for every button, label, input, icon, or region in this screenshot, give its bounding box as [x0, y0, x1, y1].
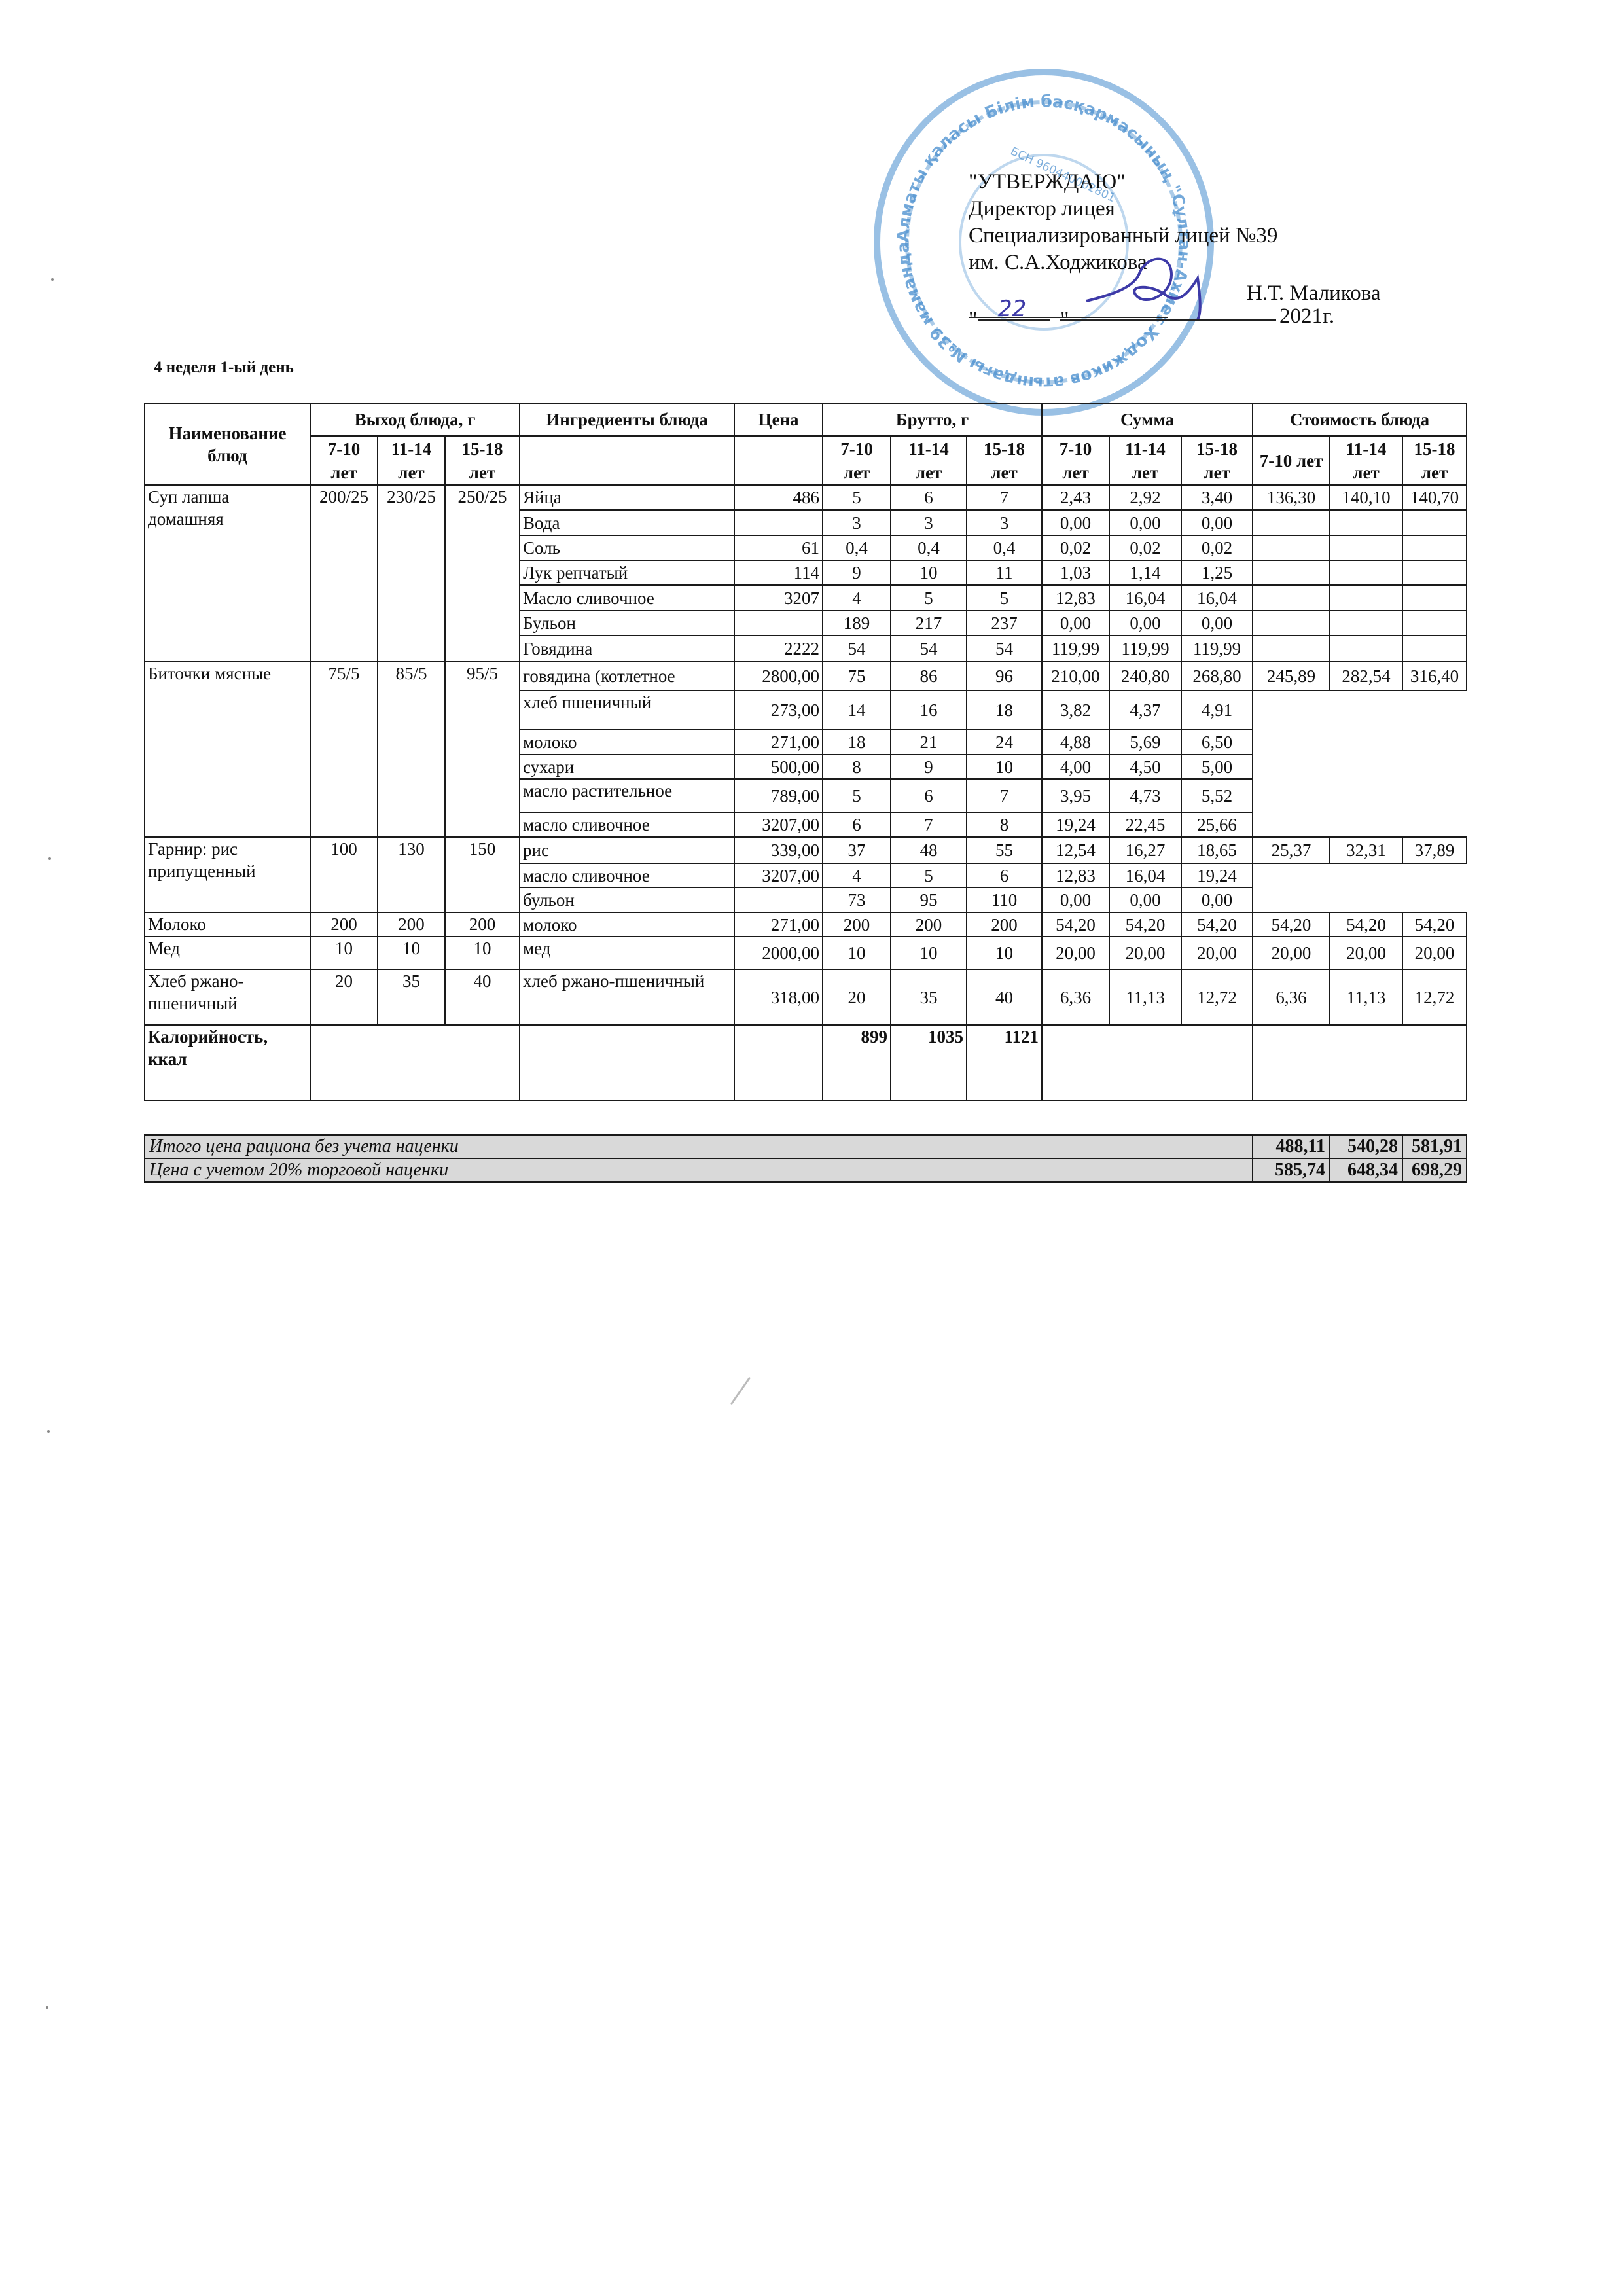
cost-cell: 54,20	[1253, 912, 1330, 937]
yield-cell: 75/5	[310, 662, 378, 837]
price-cell: 2800,00	[734, 662, 823, 691]
yield-cell: 100	[310, 837, 378, 912]
sum-cell: 16,04	[1181, 585, 1253, 611]
brutto-cell: 0,4	[891, 535, 967, 560]
sum-cell: 20,00	[1042, 937, 1109, 969]
director-name: Н.Т. Маликова	[1247, 281, 1381, 306]
cost-blank-area	[1253, 691, 1467, 837]
price-cell: 789,00	[734, 779, 823, 812]
brutto-cell: 5	[967, 585, 1042, 611]
sum-cell: 12,83	[1042, 585, 1109, 611]
yield-cell: 200	[378, 912, 445, 937]
cost-cell-empty	[1402, 585, 1467, 611]
menu-table: Наименование блюд Выход блюда, г Ингреди…	[144, 403, 1467, 1101]
cost-cell-empty	[1253, 560, 1330, 585]
cost-cell: 12,72	[1402, 969, 1467, 1025]
brutto-cell: 21	[891, 730, 967, 755]
table-row: Суп лапша домашняя200/25230/25250/25Яйца…	[145, 485, 1467, 510]
brutto-cell: 10	[967, 755, 1042, 779]
brutto-cell: 0,4	[967, 535, 1042, 560]
cost-cell-empty	[1402, 535, 1467, 560]
cost-cell-empty	[1330, 560, 1402, 585]
sum-cell: 5,52	[1181, 779, 1253, 812]
sum-cell: 16,04	[1109, 585, 1181, 611]
brutto-cell: 73	[823, 888, 891, 912]
signature-icon	[1073, 249, 1211, 321]
yield-age-header: 7-10 лет	[310, 436, 378, 485]
calories-value: 899	[823, 1025, 891, 1100]
calories-row: Калорийность, ккал89910351121	[145, 1025, 1467, 1100]
calories-label: Калорийность, ккал	[145, 1025, 310, 1100]
brutto-cell: 200	[823, 912, 891, 937]
cost-cell-empty	[1253, 585, 1330, 611]
cost-cell: 245,89	[1253, 662, 1330, 691]
price-cell	[734, 888, 823, 912]
brutto-cell: 9	[891, 755, 967, 779]
price-cell: 3207,00	[734, 812, 823, 837]
yield-cell: 200/25	[310, 485, 378, 662]
brutto-cell: 200	[967, 912, 1042, 937]
table-row: Молоко200200200молоко271,0020020020054,2…	[145, 912, 1467, 937]
sum-cell: 19,24	[1042, 812, 1109, 837]
sum-cell: 2,43	[1042, 485, 1109, 510]
ingredient-cell: Яйца	[520, 485, 734, 510]
cost-cell-empty	[1330, 535, 1402, 560]
scan-speck	[46, 2006, 48, 2009]
sum-cell: 6,36	[1042, 969, 1109, 1025]
cost-cell: 54,20	[1402, 912, 1467, 937]
totals-table: Итого цена рациона без учета наценки488,…	[144, 1134, 1467, 1183]
brutto-cell: 6	[891, 485, 967, 510]
sum-cell: 20,00	[1109, 937, 1181, 969]
yield-age-header: 11-14 лет	[378, 436, 445, 485]
brutto-cell: 16	[891, 691, 967, 730]
brutto-cell: 10	[891, 937, 967, 969]
table-row: Хлеб ржано-пшеничный203540хлеб ржано-пше…	[145, 969, 1467, 1025]
sum-cell: 25,66	[1181, 812, 1253, 837]
ingredient-cell: Лук репчатый	[520, 560, 734, 585]
ingredient-cell: рис	[520, 837, 734, 863]
brutto-cell: 75	[823, 662, 891, 691]
sum-cell: 6,50	[1181, 730, 1253, 755]
header-price: Цена	[734, 403, 823, 436]
brutto-cell: 9	[823, 560, 891, 585]
ingredients-subheader	[520, 436, 734, 485]
calories-yield-empty	[310, 1025, 520, 1100]
dish-name-cell: Хлеб ржано-пшеничный	[145, 969, 310, 1025]
sum-cell: 0,00	[1042, 510, 1109, 535]
brutto-cell: 217	[891, 611, 967, 636]
sum-cell: 4,37	[1109, 691, 1181, 730]
table-row: Гарнир: рис припущенный100130150рис339,0…	[145, 837, 1467, 863]
cost-cell: 25,37	[1253, 837, 1330, 863]
price-cell: 339,00	[734, 837, 823, 863]
cost-age-header: 7-10 лет	[1253, 436, 1330, 485]
brutto-cell: 54	[967, 636, 1042, 662]
cost-cell: 54,20	[1330, 912, 1402, 937]
sum-cell: 240,80	[1109, 662, 1181, 691]
sum-cell: 20,00	[1181, 937, 1253, 969]
price-cell: 114	[734, 560, 823, 585]
yield-cell: 10	[310, 937, 378, 969]
cost-cell-empty	[1253, 636, 1330, 662]
cost-cell-empty	[1402, 510, 1467, 535]
yield-cell: 250/25	[445, 485, 520, 662]
cost-cell: 140,10	[1330, 485, 1402, 510]
table-header: Наименование блюд Выход блюда, г Ингреди…	[145, 403, 1467, 485]
ingredient-cell: молоко	[520, 912, 734, 937]
sum-cell: 0,00	[1109, 888, 1181, 912]
sum-cell: 54,20	[1181, 912, 1253, 937]
brutto-cell: 237	[967, 611, 1042, 636]
brutto-cell: 54	[823, 636, 891, 662]
brutto-cell: 96	[967, 662, 1042, 691]
scan-speck	[48, 857, 51, 860]
sum-cell: 210,00	[1042, 662, 1109, 691]
cost-blank-area	[1253, 863, 1467, 912]
price-cell: 271,00	[734, 730, 823, 755]
yield-cell: 130	[378, 837, 445, 912]
sum-cell: 19,24	[1181, 863, 1253, 888]
sum-cell: 1,25	[1181, 560, 1253, 585]
yield-age-header: 15-18 лет	[445, 436, 520, 485]
header-cost: Стоимость блюда	[1253, 403, 1467, 436]
cost-cell-empty	[1402, 611, 1467, 636]
ingredient-cell: сухари	[520, 755, 734, 779]
totals-value: 585,74	[1253, 1158, 1330, 1182]
brutto-cell: 18	[823, 730, 891, 755]
ingredient-cell: мед	[520, 937, 734, 969]
ingredient-cell: Вода	[520, 510, 734, 535]
header-sum: Сумма	[1042, 403, 1253, 436]
cost-cell-empty	[1253, 611, 1330, 636]
ingredient-cell: Говядина	[520, 636, 734, 662]
dish-name-cell: Мед	[145, 937, 310, 969]
date-open-quote: "	[969, 308, 977, 331]
sum-cell: 12,72	[1181, 969, 1253, 1025]
sum-cell: 0,00	[1109, 611, 1181, 636]
price-cell: 2000,00	[734, 937, 823, 969]
brutto-cell: 37	[823, 837, 891, 863]
price-cell: 318,00	[734, 969, 823, 1025]
sum-cell: 11,13	[1109, 969, 1181, 1025]
sum-cell: 119,99	[1042, 636, 1109, 662]
calories-price-empty	[734, 1025, 823, 1100]
cost-cell: 20,00	[1330, 937, 1402, 969]
ingredient-cell: хлеб пшеничный	[520, 691, 734, 730]
ingredient-cell: масло сливочное	[520, 863, 734, 888]
brutto-cell: 3	[823, 510, 891, 535]
brutto-cell: 6	[967, 863, 1042, 888]
sum-cell: 268,80	[1181, 662, 1253, 691]
table-row: Биточки мясные75/585/595/5говядина (котл…	[145, 662, 1467, 691]
sum-cell: 119,99	[1181, 636, 1253, 662]
cost-age-header: 15-18 лет	[1402, 436, 1467, 485]
cost-cell: 136,30	[1253, 485, 1330, 510]
sum-cell: 1,03	[1042, 560, 1109, 585]
sum-cell: 1,14	[1109, 560, 1181, 585]
cost-cell: 37,89	[1402, 837, 1467, 863]
table-body: Суп лапша домашняя200/25230/25250/25Яйца…	[145, 485, 1467, 1100]
ingredient-cell: Соль	[520, 535, 734, 560]
sum-cell: 12,83	[1042, 863, 1109, 888]
totals-value: 648,34	[1330, 1158, 1402, 1182]
sum-cell: 5,69	[1109, 730, 1181, 755]
sum-cell: 0,00	[1042, 888, 1109, 912]
header-ingredients: Ингредиенты блюда	[520, 403, 734, 436]
sum-cell: 3,95	[1042, 779, 1109, 812]
brutto-age-header: 15-18 лет	[967, 436, 1042, 485]
brutto-cell: 40	[967, 969, 1042, 1025]
sum-cell: 3,82	[1042, 691, 1109, 730]
brutto-cell: 18	[967, 691, 1042, 730]
price-cell	[734, 510, 823, 535]
yield-cell: 20	[310, 969, 378, 1025]
brutto-cell: 10	[967, 937, 1042, 969]
ingredient-cell: бульон	[520, 888, 734, 912]
price-cell: 273,00	[734, 691, 823, 730]
date-year: 2021г.	[1279, 304, 1334, 329]
yield-cell: 200	[310, 912, 378, 937]
brutto-cell: 5	[891, 863, 967, 888]
brutto-cell: 3	[891, 510, 967, 535]
price-cell: 486	[734, 485, 823, 510]
brutto-cell: 4	[823, 863, 891, 888]
price-cell: 3207	[734, 585, 823, 611]
brutto-cell: 55	[967, 837, 1042, 863]
header-brutto: Брутто, г	[823, 403, 1042, 436]
yield-cell: 95/5	[445, 662, 520, 837]
price-cell: 3207,00	[734, 863, 823, 888]
calories-ingredient-empty	[520, 1025, 734, 1100]
totals-label: Итого цена рациона без учета наценки	[145, 1135, 1253, 1158]
brutto-cell: 7	[967, 485, 1042, 510]
ingredient-cell: масло растительное	[520, 779, 734, 812]
sum-cell: 0,00	[1181, 510, 1253, 535]
scan-mark	[730, 1377, 751, 1405]
brutto-cell: 14	[823, 691, 891, 730]
sum-cell: 22,45	[1109, 812, 1181, 837]
yield-cell: 35	[378, 969, 445, 1025]
sum-age-header: 7-10 лет	[1042, 436, 1109, 485]
cost-cell-empty	[1253, 510, 1330, 535]
cost-cell: 20,00	[1402, 937, 1467, 969]
ingredient-cell: Бульон	[520, 611, 734, 636]
cost-cell: 20,00	[1253, 937, 1330, 969]
ingredient-cell: говядина (котлетное	[520, 662, 734, 691]
sum-cell: 18,65	[1181, 837, 1253, 863]
brutto-cell: 7	[967, 779, 1042, 812]
brutto-cell: 54	[891, 636, 967, 662]
brutto-age-header: 11-14 лет	[891, 436, 967, 485]
sum-cell: 4,73	[1109, 779, 1181, 812]
brutto-cell: 86	[891, 662, 967, 691]
brutto-cell: 35	[891, 969, 967, 1025]
sum-cell: 119,99	[1109, 636, 1181, 662]
scan-speck	[51, 278, 54, 281]
brutto-cell: 11	[967, 560, 1042, 585]
brutto-cell: 5	[823, 779, 891, 812]
sum-cell: 0,00	[1181, 611, 1253, 636]
dish-name-cell: Молоко	[145, 912, 310, 937]
brutto-cell: 8	[967, 812, 1042, 837]
day-title: 4 неделя 1-ый день	[154, 359, 294, 377]
table-row: Мед101010мед2000,0010101020,0020,0020,00…	[145, 937, 1467, 969]
brutto-cell: 7	[891, 812, 967, 837]
cost-cell-empty	[1330, 585, 1402, 611]
sum-cell: 0,02	[1109, 535, 1181, 560]
sum-cell: 4,88	[1042, 730, 1109, 755]
sum-cell: 3,40	[1181, 485, 1253, 510]
dish-name-cell: Биточки мясные	[145, 662, 310, 837]
brutto-cell: 10	[891, 560, 967, 585]
yield-cell: 40	[445, 969, 520, 1025]
sum-cell: 0,02	[1181, 535, 1253, 560]
cost-cell: 32,31	[1330, 837, 1402, 863]
yield-cell: 150	[445, 837, 520, 912]
cost-cell-empty	[1402, 636, 1467, 662]
header-dish-name: Наименование блюд	[145, 403, 310, 485]
sum-cell: 0,00	[1109, 510, 1181, 535]
price-cell: 271,00	[734, 912, 823, 937]
totals-value: 540,28	[1330, 1135, 1402, 1158]
sum-age-header: 11-14 лет	[1109, 436, 1181, 485]
brutto-cell: 95	[891, 888, 967, 912]
yield-cell: 200	[445, 912, 520, 937]
dish-name-cell: Гарнир: рис припущенный	[145, 837, 310, 912]
brutto-cell: 3	[967, 510, 1042, 535]
price-cell: 61	[734, 535, 823, 560]
sum-cell: 54,20	[1042, 912, 1109, 937]
brutto-cell: 4	[823, 585, 891, 611]
brutto-cell: 48	[891, 837, 967, 863]
date-day-handwritten: 22	[998, 296, 1026, 322]
sum-cell: 4,91	[1181, 691, 1253, 730]
brutto-cell: 189	[823, 611, 891, 636]
brutto-cell: 200	[891, 912, 967, 937]
totals-value: 698,29	[1402, 1158, 1467, 1182]
totals-row: Цена с учетом 20% торговой наценки585,74…	[145, 1158, 1467, 1182]
brutto-cell: 6	[823, 812, 891, 837]
cost-cell-empty	[1330, 611, 1402, 636]
cost-cell: 6,36	[1253, 969, 1330, 1025]
cost-cell-empty	[1402, 560, 1467, 585]
cost-cell: 140,70	[1402, 485, 1467, 510]
approval-title: "УТВЕРЖДАЮ"	[969, 169, 1277, 196]
brutto-cell: 5	[823, 485, 891, 510]
yield-cell: 10	[445, 937, 520, 969]
sum-cell: 5,00	[1181, 755, 1253, 779]
calories-value: 1035	[891, 1025, 967, 1100]
ingredient-cell: масло сливочное	[520, 812, 734, 837]
sum-cell: 4,50	[1109, 755, 1181, 779]
totals-row: Итого цена рациона без учета наценки488,…	[145, 1135, 1467, 1158]
approval-position: Директор лицея	[969, 196, 1277, 223]
sum-cell: 0,02	[1042, 535, 1109, 560]
totals-value: 581,91	[1402, 1135, 1467, 1158]
sum-cell: 16,27	[1109, 837, 1181, 863]
cost-cell: 316,40	[1402, 662, 1467, 691]
approval-organization: Специализированный лицей №39	[969, 223, 1277, 249]
price-cell	[734, 611, 823, 636]
yield-cell: 85/5	[378, 662, 445, 837]
sum-age-header: 15-18 лет	[1181, 436, 1253, 485]
totals-value: 488,11	[1253, 1135, 1330, 1158]
brutto-cell: 6	[891, 779, 967, 812]
sum-cell: 0,00	[1042, 611, 1109, 636]
price-cell: 2222	[734, 636, 823, 662]
dish-name-cell: Суп лапша домашняя	[145, 485, 310, 662]
price-cell: 500,00	[734, 755, 823, 779]
sum-cell: 54,20	[1109, 912, 1181, 937]
cost-cell-empty	[1253, 535, 1330, 560]
sum-cell: 0,00	[1181, 888, 1253, 912]
calories-sum-empty	[1042, 1025, 1253, 1100]
brutto-cell: 5	[891, 585, 967, 611]
brutto-cell: 10	[823, 937, 891, 969]
sum-cell: 12,54	[1042, 837, 1109, 863]
ingredient-cell: Масло сливочное	[520, 585, 734, 611]
cost-cell: 282,54	[1330, 662, 1402, 691]
sum-cell: 4,00	[1042, 755, 1109, 779]
sum-cell: 2,92	[1109, 485, 1181, 510]
brutto-cell: 110	[967, 888, 1042, 912]
totals-label: Цена с учетом 20% торговой наценки	[145, 1158, 1253, 1182]
cost-cell-empty	[1330, 636, 1402, 662]
sum-cell: 16,04	[1109, 863, 1181, 888]
brutto-cell: 8	[823, 755, 891, 779]
brutto-age-header: 7-10 лет	[823, 436, 891, 485]
yield-cell: 230/25	[378, 485, 445, 662]
date-month-underline	[1060, 319, 1276, 321]
scan-speck	[47, 1430, 50, 1433]
ingredient-cell: молоко	[520, 730, 734, 755]
price-subheader	[734, 436, 823, 485]
cost-cell-empty	[1330, 510, 1402, 535]
cost-age-header: 11-14 лет	[1330, 436, 1402, 485]
calories-cost-empty	[1253, 1025, 1467, 1100]
brutto-cell: 20	[823, 969, 891, 1025]
brutto-cell: 0,4	[823, 535, 891, 560]
ingredient-cell: хлеб ржано-пшеничный	[520, 969, 734, 1025]
brutto-cell: 24	[967, 730, 1042, 755]
yield-cell: 10	[378, 937, 445, 969]
calories-value: 1121	[967, 1025, 1042, 1100]
header-yield: Выход блюда, г	[310, 403, 520, 436]
cost-cell: 11,13	[1330, 969, 1402, 1025]
